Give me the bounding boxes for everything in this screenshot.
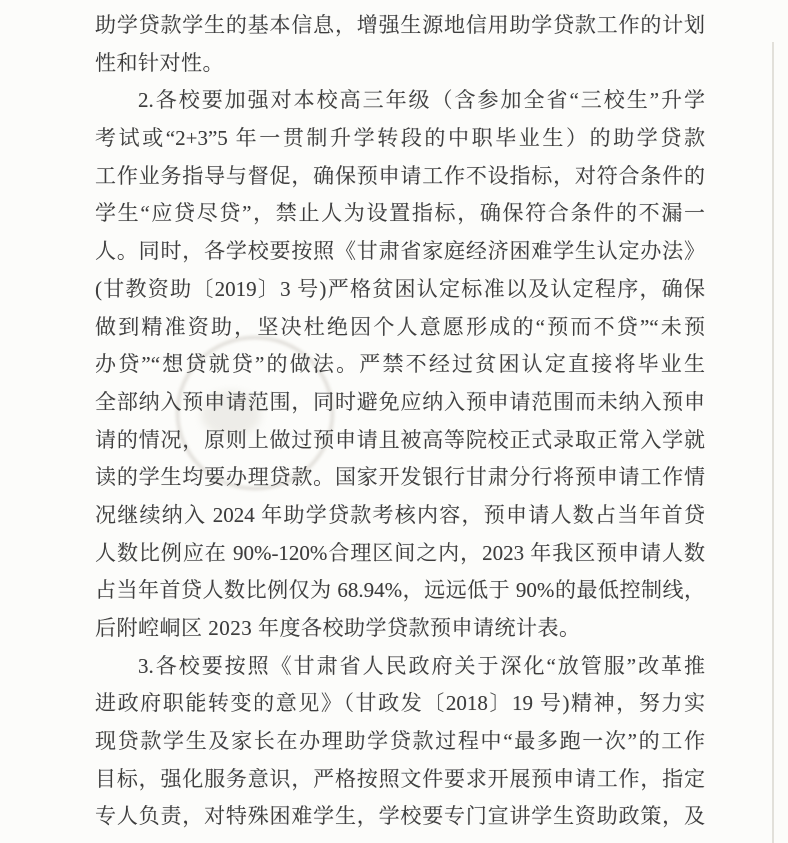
- text-line: 工作业务指导与督促，确保预申请工作不设指标，对符合条件的: [95, 158, 705, 196]
- text-line: 2.各校要加强对本校高三年级（含参加全省“三校生”升学: [95, 82, 705, 120]
- text-line: 助学贷款学生的基本信息，增强生源地信用助学贷款工作的计划: [95, 7, 705, 45]
- text-line: 专人负责，对特殊困难学生，学校要专门宣讲学生资助政策，及: [95, 798, 705, 836]
- text-line: 全部纳入预申请范围，同时避免应纳入预申请范围而未纳入预申: [95, 384, 705, 422]
- document-page: 助学贷款学生的基本信息，增强生源地信用助学贷款工作的计划性和针对性。2.各校要加…: [0, 0, 788, 843]
- text-line: 占当年首贷人数比例仅为 68.94%，远远低于 90%的最低控制线，: [95, 572, 705, 610]
- text-line: 性和针对性。: [95, 45, 705, 83]
- text-line: 学生“应贷尽贷”，禁止人为设置指标，确保符合条件的不漏一: [95, 195, 705, 233]
- scan-edge-line: [772, 42, 774, 843]
- text-line: 做到精准资助，坚决杜绝因个人意愿形成的“预而不贷”“未预: [95, 309, 705, 347]
- text-line: 考试或“2+3”5 年一贯制升学转段的中职毕业生）的助学贷款: [95, 120, 705, 158]
- text-line: 现贷款学生及家长在办理助学贷款过程中“最多跑一次”的工作: [95, 723, 705, 761]
- text-line: 读的学生均要办理贷款。国家开发银行甘肃分行将预申请工作情: [95, 459, 705, 497]
- text-line: 目标，强化服务意识，严格按照文件要求开展预申请工作，指定: [95, 761, 705, 799]
- text-line: 3.各校要按照《甘肃省人民政府关于深化“放管服”改革推: [95, 648, 705, 686]
- text-line: 办贷”“想贷就贷”的做法。严禁不经过贫困认定直接将毕业生: [95, 346, 705, 384]
- text-line: 人数比例应在 90%-120%合理区间之内，2023 年我区预申请人数: [95, 535, 705, 573]
- text-line: 进政府职能转变的意见》（甘政发〔2018〕19 号)精神，努力实: [95, 685, 705, 723]
- text-line: (甘教资助〔2019〕3 号)严格贫困认定标准以及认定程序，确保: [95, 271, 705, 309]
- text-line: 后附崆峒区 2023 年度各校助学贷款预申请统计表。: [95, 610, 705, 648]
- text-line: 请的情况，原则上做过预申请且被高等院校正式录取正常入学就: [95, 422, 705, 460]
- document-text: 助学贷款学生的基本信息，增强生源地信用助学贷款工作的计划性和针对性。2.各校要加…: [95, 7, 705, 836]
- text-line: 人。同时，各学校要按照《甘肃省家庭经济困难学生认定办法》: [95, 233, 705, 271]
- text-line: 况继续纳入 2024 年助学贷款考核内容，预申请人数占当年首贷: [95, 497, 705, 535]
